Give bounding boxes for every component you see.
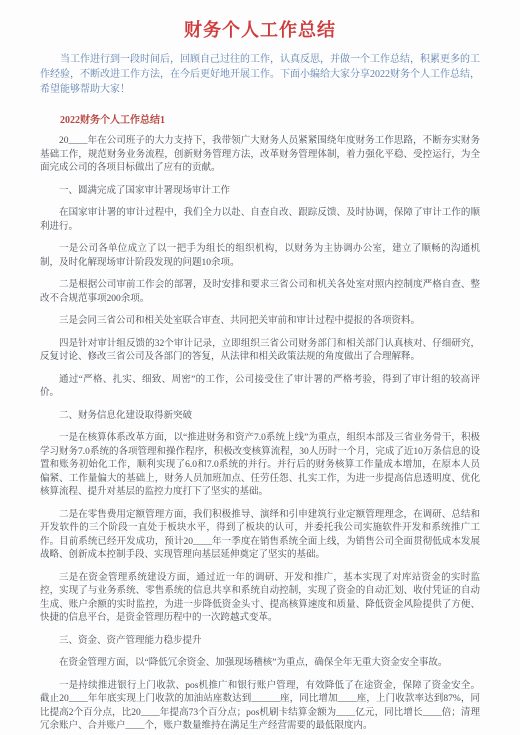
section-subheading: 2022财务个人工作总结1 [40,111,480,126]
paragraph: 一是在核算体系改革方面，以“推进财务和资产7.0系统上线”为重点，组织本部及三省… [40,432,480,500]
paragraph: 一是公司各单位成立了以一把手为组长的组织机构，以财务为主协调办公室，建立了顺畅的… [40,243,480,270]
intro-paragraph: 当工作进行到一段时间后，回顾自己过往的工作，认真反思，并做一个工作总结，积累更多… [40,52,480,97]
paragraph: 二、财务信息化建设取得新突破 [40,410,480,424]
paragraph: 三、资金、资产管理能力稳步提升 [40,635,480,649]
paragraph: 一是持续推进银行上门收款、pos机推广和银行账户管理，有效降低了在途资金，保障了… [40,680,480,734]
paragraph: 20____年在公司班子的大力支持下，我带领广大财务人员紧紧围绕年度财务工作思路… [40,135,480,176]
paragraph: 一、圆满完成了国家审计署现场审计工作 [40,185,480,199]
paragraph: 通过“严格、扎实、细致、周密”的工作，公司接受住了审计署的严格考验，得到了审计组… [40,374,480,401]
paragraph: 四是针对审计组反馈的32个审计记录，立即组织三省公司财务部门和相关部门认真核对、… [40,338,480,365]
paragraph: 三是会同三省公司和相关处室联合审查、共同把关审前和审计过程中提报的各项资料。 [40,315,480,329]
paragraph: 在国家审计署的审计过程中，我们全力以赴、自查自改、跟踪反馈、及时协调，保障了审计… [40,207,480,234]
page-title: 财务个人工作总结 [40,16,480,42]
paragraph: 二是在零售费用定额管理方面，我们积极推导、演绎和引申建筑行业定额管理理念，在调研… [40,509,480,563]
paragraph: 在资金管理方面，以“降低冗余资金、加强现场稽核”为重点，确保全年无重大资金安全事… [40,657,480,671]
paragraph: 二是根据公司审前工作会的部署，及时安排和要求三省公司和机关各处室对照内控制度严格… [40,279,480,306]
paragraph-list: 20____年在公司班子的大力支持下，我带领广大财务人员紧紧围绕年度财务工作思路… [40,135,480,734]
paragraph: 三是在资金管理系统建设方面，通过近一年的调研、开发和推广，基本实现了对库站资金的… [40,572,480,626]
document-page: 财务个人工作总结 当工作进行到一段时间后，回顾自己过往的工作，认真反思，并做一个… [0,0,520,735]
